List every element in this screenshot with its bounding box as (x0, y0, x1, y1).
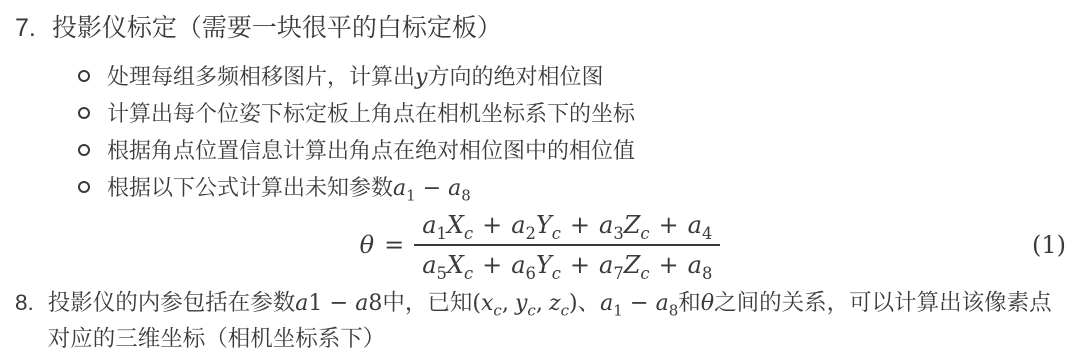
math-var: Z (624, 251, 641, 279)
bullet-text: 计算出每个位姿下标定板上角点在相机坐标系下的坐标 (107, 97, 635, 128)
plus-sign: + (570, 211, 590, 239)
fraction-numerator: a1Xc+a2Yc+a3Zc+a4 (414, 211, 720, 246)
math-var: a (422, 251, 436, 279)
math-var: X (447, 211, 464, 239)
math-var: a (599, 251, 613, 279)
math-var: a (511, 251, 525, 279)
text-segment: 投影仪的内参包括在参数 (48, 290, 296, 315)
math-var: Y (536, 251, 552, 279)
item-7-title: 投影仪标定（需要一块很平的白标定板） (52, 14, 502, 42)
item-8-text: 投影仪的内参包括在参数a1−a8中，已知(xc,yc,zc)、a1−a8和θ之间… (48, 285, 1069, 356)
math-var-a: a (448, 176, 461, 201)
math-subscript: 8 (461, 186, 471, 204)
math-subscript: c (464, 264, 473, 283)
math-var-a: a (600, 291, 613, 316)
bullet-text-pre: 处理每组多频相移图片，计算出 (107, 64, 415, 89)
math-var: a (422, 211, 436, 239)
math-var-a: a (295, 291, 308, 316)
equals-sign: = (384, 231, 404, 259)
plus-sign: + (482, 211, 502, 239)
bullet-item-phase-map: 处理每组多频相移图片，计算出y方向的绝对相位图 (78, 57, 635, 94)
math-subscript: c (640, 224, 649, 243)
bullet-text: 处理每组多频相移图片，计算出y方向的绝对相位图 (107, 60, 603, 91)
math-subscript: 3 (613, 224, 623, 243)
math-subscript: c (640, 264, 649, 283)
equation-1: θ= a1Xc+a2Yc+a3Zc+a4 a5Xc+a6Yc+a7Zc+a8 (… (0, 203, 1080, 287)
comma: , (502, 290, 509, 316)
math-var: Z (624, 211, 641, 239)
math-subscript: 8 (669, 302, 679, 320)
math-var: X (447, 251, 464, 279)
plus-sign: + (570, 251, 590, 279)
math-subscript: 1 (406, 186, 416, 204)
bullet-item-phase-values: 根据角点位置信息计算出角点在绝对相位图中的相位值 (78, 131, 635, 168)
bullet-text-pre: 根据以下公式计算出未知参数 (107, 175, 393, 200)
math-var: a (688, 251, 702, 279)
minus-sign: − (423, 176, 441, 201)
minus-sign: − (630, 290, 649, 316)
minus-sign: − (329, 290, 348, 316)
plus-sign: + (659, 251, 679, 279)
bullet-text: 根据以下公式计算出未知参数a1−a8 (107, 171, 471, 202)
text-segment: 和 (678, 290, 701, 315)
bullet-item-unknown-params: 根据以下公式计算出未知参数a1−a8 (78, 168, 635, 205)
math-subscript: c (552, 264, 561, 283)
math-subscript: c (552, 224, 561, 243)
bullet-circle-icon (78, 181, 90, 193)
plus-sign: + (482, 251, 502, 279)
item-7-number: 7. (15, 13, 36, 43)
bullet-item-corner-coords: 计算出每个位姿下标定板上角点在相机坐标系下的坐标 (78, 94, 635, 131)
equation-lhs: θ= (360, 231, 415, 259)
math-var: Y (536, 211, 552, 239)
text-segment: 、 (578, 290, 601, 315)
item-7-bullet-list: 处理每组多频相移图片，计算出y方向的绝对相位图 计算出每个位姿下标定板上角点在相… (78, 57, 635, 205)
bullet-text: 根据角点位置信息计算出角点在绝对相位图中的相位值 (107, 134, 635, 165)
text-segment: 中，已知 (382, 290, 472, 315)
bullet-circle-icon (78, 70, 90, 82)
bullet-text-post: 方向的绝对相位图 (427, 64, 603, 89)
plus-sign: + (659, 211, 679, 239)
math-num: 1 (308, 291, 322, 316)
math-subscript: 2 (526, 224, 536, 243)
math-num: 8 (368, 291, 382, 316)
math-var-y: y (415, 65, 427, 90)
math-subscript: 8 (702, 264, 712, 283)
math-var-theta: θ (701, 291, 714, 316)
math-subscript: 5 (437, 264, 447, 283)
paren-open: ( (472, 291, 481, 316)
math-subscript: c (527, 302, 535, 320)
math-subscript: 1 (437, 224, 447, 243)
math-var-a: a (355, 291, 368, 316)
math-var-theta: θ (360, 231, 374, 259)
fraction-denominator: a5Xc+a6Yc+a7Zc+a8 (414, 246, 720, 279)
math-var: a (599, 211, 613, 239)
math-var-y: y (515, 291, 527, 316)
list-item-8: 8. 投影仪的内参包括在参数a1−a8中，已知(xc,yc,zc)、a1−a8和… (15, 285, 1069, 356)
math-var-a: a (656, 291, 669, 316)
math-subscript: 1 (613, 302, 623, 320)
math-subscript: c (464, 224, 473, 243)
math-var-z: z (549, 291, 561, 316)
paren-close: ) (569, 291, 578, 316)
comma: , (536, 290, 543, 316)
math-subscript: 7 (613, 264, 623, 283)
item-8-number: 8. (15, 285, 34, 356)
math-var: a (688, 211, 702, 239)
bullet-circle-icon (78, 107, 90, 119)
bullet-circle-icon (78, 144, 90, 156)
math-subscript: 6 (526, 264, 536, 283)
math-var-a: a (393, 176, 406, 201)
math-var-x: x (481, 291, 493, 316)
math-var: a (511, 211, 525, 239)
math-subscript: c (561, 302, 569, 320)
list-item-7-heading: 7.投影仪标定（需要一块很平的白标定板） (15, 13, 502, 43)
fraction: a1Xc+a2Yc+a3Zc+a4 a5Xc+a6Yc+a7Zc+a8 (414, 211, 720, 279)
math-subscript: c (493, 302, 501, 320)
equation-number: (1) (1032, 231, 1066, 259)
math-subscript: 4 (702, 224, 712, 243)
